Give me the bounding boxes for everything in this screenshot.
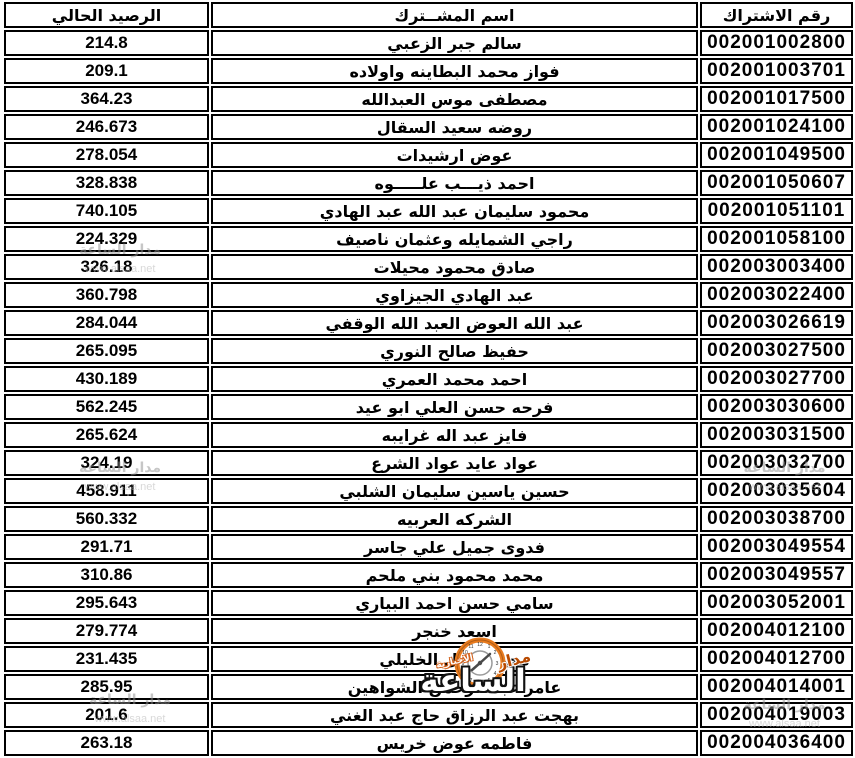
column-header-subscriber-name: اسم المشــترك [211, 2, 698, 28]
subscriber-name-cell: صادق محمود محيلات [211, 254, 698, 280]
current-balance-cell: 430.189 [4, 366, 209, 392]
subscriber-name-cell: سالم جبر الزعبي [211, 30, 698, 56]
subscription-number-cell: 002001051101 [700, 198, 853, 224]
current-balance-cell: 560.332 [4, 506, 209, 532]
subscription-number-cell: 002003027700 [700, 366, 853, 392]
table-row: 002003035604حسين ياسين سليمان الشلبي458.… [4, 478, 853, 504]
table-row: 002003049554فدوى جميل علي جاسر291.71 [4, 534, 853, 560]
subscription-number-cell: 002001058100 [700, 226, 853, 252]
subscription-number-cell: 002001017500 [700, 86, 853, 112]
current-balance-cell: 265.095 [4, 338, 209, 364]
subscription-number-cell: 002003030600 [700, 394, 853, 420]
subscriber-name-cell: اسعد خنجر [211, 618, 698, 644]
subscription-number-cell: 002003038700 [700, 506, 853, 532]
subscription-number-cell: 002004019003 [700, 702, 853, 728]
subscription-number-cell: 002001050607 [700, 170, 853, 196]
subscriber-name-cell: عوض ارشيدات [211, 142, 698, 168]
current-balance-cell: 364.23 [4, 86, 209, 112]
table-row: 002003027500حفيظ صالح النوري265.095 [4, 338, 853, 364]
subscriber-name-cell: فرحه حسن العلي ابو عيد [211, 394, 698, 420]
table-row: 002003049557محمد محمود بني ملحم310.86 [4, 562, 853, 588]
table-body: 002001002800سالم جبر الزعبي214.800200100… [4, 30, 853, 756]
subscriber-name-cell: فدوى جميل علي جاسر [211, 534, 698, 560]
subscriber-name-cell: الشركه العربيه [211, 506, 698, 532]
current-balance-cell: 360.798 [4, 282, 209, 308]
table-row: 002001024100روضه سعيد السقال246.673 [4, 114, 853, 140]
table-row: 002001051101محمود سليمان عبد الله عبد ال… [4, 198, 853, 224]
subscription-number-cell: 002003049557 [700, 562, 853, 588]
current-balance-cell: 231.435 [4, 646, 209, 672]
subscription-number-cell: 002001049500 [700, 142, 853, 168]
table-row: 002004012700محمد خليل الخليلي231.435 [4, 646, 853, 672]
current-balance-cell: 328.838 [4, 170, 209, 196]
current-balance-cell: 224.329 [4, 226, 209, 252]
subscriber-name-cell: فواز محمد البطاينه واولاده [211, 58, 698, 84]
current-balance-cell: 214.8 [4, 30, 209, 56]
current-balance-cell: 263.18 [4, 730, 209, 756]
current-balance-cell: 326.18 [4, 254, 209, 280]
table-row: 002003030600فرحه حسن العلي ابو عيد562.24… [4, 394, 853, 420]
subscription-number-cell: 002003003400 [700, 254, 853, 280]
subscription-number-cell: 002004014001 [700, 674, 853, 700]
subscribers-table: رقم الاشتراك اسم المشــترك الرصيد الحالي… [2, 0, 855, 758]
subscription-number-cell: 002003026619 [700, 310, 853, 336]
current-balance-cell: 265.624 [4, 422, 209, 448]
subscription-number-cell: 002001024100 [700, 114, 853, 140]
current-balance-cell: 278.054 [4, 142, 209, 168]
current-balance-cell: 291.71 [4, 534, 209, 560]
table-row: 002001058100راجي الشمايله وعثمان ناصيف22… [4, 226, 853, 252]
table-row: 002004036400فاطمه عوض خريس263.18 [4, 730, 853, 756]
subscription-number-cell: 002003049554 [700, 534, 853, 560]
subscriber-name-cell: عامر عبد الرحمن الشواهين [211, 674, 698, 700]
table-row: 002003026619عبد الله العوض العبد الله ال… [4, 310, 853, 336]
current-balance-cell: 285.95 [4, 674, 209, 700]
subscription-number-cell: 002003022400 [700, 282, 853, 308]
subscriber-name-cell: عبد الله العوض العبد الله الوقفي [211, 310, 698, 336]
table-row: 002001017500مصطفى موس العبدالله364.23 [4, 86, 853, 112]
current-balance-cell: 562.245 [4, 394, 209, 420]
table-row: 002001003701فواز محمد البطاينه واولاده20… [4, 58, 853, 84]
subscriber-name-cell: حفيظ صالح النوري [211, 338, 698, 364]
subscription-number-cell: 002004036400 [700, 730, 853, 756]
subscriber-name-cell: مصطفى موس العبدالله [211, 86, 698, 112]
column-header-subscription-number: رقم الاشتراك [700, 2, 853, 28]
subscriber-name-cell: احمد محمد العمري [211, 366, 698, 392]
current-balance-cell: 201.6 [4, 702, 209, 728]
column-header-current-balance: الرصيد الحالي [4, 2, 209, 28]
scanned-table-page: رقم الاشتراك اسم المشــترك الرصيد الحالي… [0, 0, 855, 758]
table-row: 002001050607احمد ذيـــب علـــــوه328.838 [4, 170, 853, 196]
table-row: 002003022400عبد الهادي الجيزاوي360.798 [4, 282, 853, 308]
subscriber-name-cell: روضه سعيد السقال [211, 114, 698, 140]
table-row: 002003032700عواد عايد عواد الشرع324.19 [4, 450, 853, 476]
current-balance-cell: 295.643 [4, 590, 209, 616]
subscription-number-cell: 002001003701 [700, 58, 853, 84]
subscriber-name-cell: راجي الشمايله وعثمان ناصيف [211, 226, 698, 252]
subscriber-name-cell: فاطمه عوض خريس [211, 730, 698, 756]
table-row: 002004012100اسعد خنجر279.774 [4, 618, 853, 644]
current-balance-cell: 458.911 [4, 478, 209, 504]
current-balance-cell: 279.774 [4, 618, 209, 644]
table-row: 002001049500عوض ارشيدات278.054 [4, 142, 853, 168]
subscriber-name-cell: حسين ياسين سليمان الشلبي [211, 478, 698, 504]
subscriber-name-cell: سامي حسن احمد البياري [211, 590, 698, 616]
subscriber-name-cell: فايز عبد اله غرايبه [211, 422, 698, 448]
subscriber-name-cell: محمد خليل الخليلي [211, 646, 698, 672]
subscriber-name-cell: محمد محمود بني ملحم [211, 562, 698, 588]
current-balance-cell: 324.19 [4, 450, 209, 476]
subscription-number-cell: 002001002800 [700, 30, 853, 56]
subscriber-name-cell: عبد الهادي الجيزاوي [211, 282, 698, 308]
table-row: 002003003400صادق محمود محيلات326.18 [4, 254, 853, 280]
current-balance-cell: 740.105 [4, 198, 209, 224]
subscriber-name-cell: احمد ذيـــب علـــــوه [211, 170, 698, 196]
table-row: 002003031500فايز عبد اله غرايبه265.624 [4, 422, 853, 448]
current-balance-cell: 310.86 [4, 562, 209, 588]
subscription-number-cell: 002003027500 [700, 338, 853, 364]
subscription-number-cell: 002003031500 [700, 422, 853, 448]
subscriber-name-cell: محمود سليمان عبد الله عبد الهادي [211, 198, 698, 224]
subscription-number-cell: 002003052001 [700, 590, 853, 616]
table-header-row: رقم الاشتراك اسم المشــترك الرصيد الحالي [4, 2, 853, 28]
current-balance-cell: 246.673 [4, 114, 209, 140]
subscriber-name-cell: عواد عايد عواد الشرع [211, 450, 698, 476]
table-row: 002003027700احمد محمد العمري430.189 [4, 366, 853, 392]
table-row: 002001002800سالم جبر الزعبي214.8 [4, 30, 853, 56]
subscription-number-cell: 002004012700 [700, 646, 853, 672]
subscription-number-cell: 002004012100 [700, 618, 853, 644]
current-balance-cell: 209.1 [4, 58, 209, 84]
subscription-number-cell: 002003035604 [700, 478, 853, 504]
subscription-number-cell: 002003032700 [700, 450, 853, 476]
table-row: 002004019003بهجت عبد الرزاق حاج عبد الغن… [4, 702, 853, 728]
current-balance-cell: 284.044 [4, 310, 209, 336]
subscriber-name-cell: بهجت عبد الرزاق حاج عبد الغني [211, 702, 698, 728]
table-row: 002004014001عامر عبد الرحمن الشواهين285.… [4, 674, 853, 700]
table-row: 002003052001سامي حسن احمد البياري295.643 [4, 590, 853, 616]
table-row: 002003038700الشركه العربيه560.332 [4, 506, 853, 532]
